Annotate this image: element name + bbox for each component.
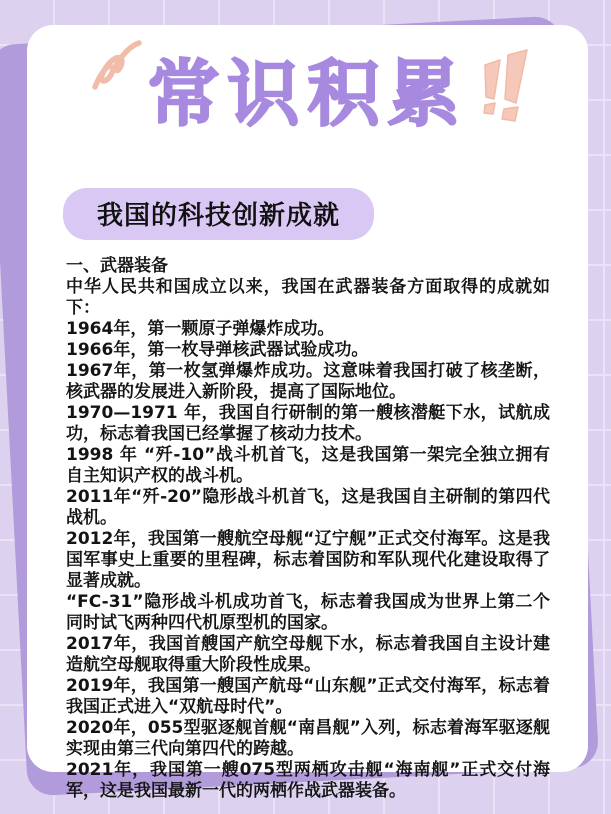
achievement-paragraph: 1998 年 “歼-10”战斗机首飞，这是我国第一架完全独立拥有自主知识产权的战… bbox=[66, 445, 550, 487]
achievement-paragraph: 2020年，055型驱逐舰首舰“南昌舰”入列，标志着海军驱逐舰实现由第三代向第四… bbox=[66, 718, 550, 760]
achievement-paragraph: 2011年“歼-20”隐形战斗机首飞，这是我国自主研制的第四代战机。 bbox=[66, 487, 550, 529]
infographic-page: 常识积累 我国的科技创新成就 一、武器装备 中华人民共和国成立以来，我国在武器装… bbox=[0, 0, 611, 814]
achievement-paragraph: 2019年，我国第一艘国产航母“山东舰”正式交付海军，标志着我国正式进入“双航母… bbox=[66, 676, 550, 718]
section-title: 一、武器装备 bbox=[66, 256, 550, 277]
achievement-paragraph: 2017年，我国首艘国产航空母舰下水，标志着我国自主设计建造航空母舰取得重大阶段… bbox=[66, 634, 550, 676]
content-card: 常识积累 我国的科技创新成就 一、武器装备 中华人民共和国成立以来，我国在武器装… bbox=[27, 25, 588, 772]
achievement-paragraph: 2012年，我国第一艘航空母舰“辽宁舰”正式交付海军。这是我国军事史上重要的里程… bbox=[66, 529, 550, 592]
subtitle-badge: 我国的科技创新成就 bbox=[63, 188, 374, 240]
achievement-paragraph: 1966年，第一枚导弹核武器试验成功。 bbox=[66, 340, 550, 361]
achievements-list: 1964年，第一颗原子弹爆炸成功。1966年，第一枚导弹核武器试验成功。1967… bbox=[66, 319, 550, 802]
achievement-paragraph: 1967年，第一枚氢弹爆炸成功。这意味着我国打破了核垄断，核武器的发展进入新阶段… bbox=[66, 361, 550, 403]
double-exclamation-icon bbox=[477, 43, 539, 135]
intro-paragraph: 中华人民共和国成立以来，我国在武器装备方面取得的成就如下： bbox=[66, 277, 550, 319]
achievement-paragraph: 1970—1971 年，我国自行研制的第一艘核潜艇下水，试航成功，标志着我国已经… bbox=[66, 403, 550, 445]
achievement-paragraph: 1964年，第一颗原子弹爆炸成功。 bbox=[66, 319, 550, 340]
achievement-paragraph: 2021年，我国第一艘075型两栖攻击舰“海南舰”正式交付海军，这是我国最新一代… bbox=[66, 760, 550, 802]
achievement-paragraph: “FC-31”隐形战斗机成功首飞，标志着我国成为世界上第二个同时试飞两种四代机原… bbox=[66, 592, 550, 634]
article-body: 一、武器装备 中华人民共和国成立以来，我国在武器装备方面取得的成就如下： 196… bbox=[66, 256, 550, 802]
